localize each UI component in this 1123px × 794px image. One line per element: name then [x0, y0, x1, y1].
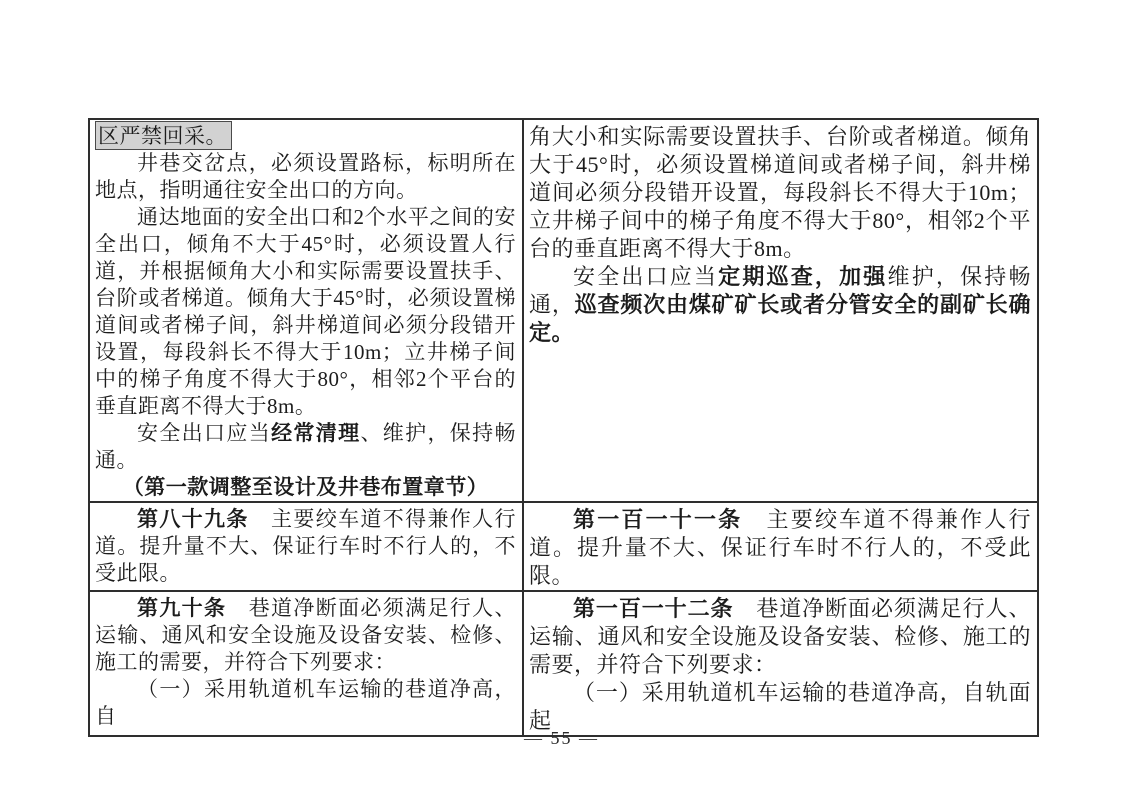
page-number: — 55 — — [0, 728, 1123, 749]
text-run: 安全出口应当 — [573, 264, 718, 289]
table-row: 区严禁回采。井巷交岔点，必须设置路标，标明所在地点，指明通往安全出口的方向。通达… — [89, 119, 1038, 502]
paragraph: 第一百一十一条 主要绞车道不得兼作人行道。提升量不大、保证行车时不行人的，不受此… — [529, 506, 1031, 590]
emphasis-text: 经常清理 — [271, 422, 360, 445]
paragraph: （第一款调整至设计及井巷布置章节） — [95, 474, 516, 501]
paragraph: 区严禁回采。 — [95, 123, 516, 150]
text-run: 通达地面的安全出口和2个水平之间的安全出口，倾角不大于45°时，必须设置人行道，… — [95, 205, 516, 418]
text-run: 井巷交岔点，必须设置路标，标明所在地点，指明通往安全出口的方向。 — [95, 151, 516, 202]
paragraph: 第八十九条 主要绞车道不得兼作人行道。提升量不大、保证行车时不行人的，不受此限。 — [95, 506, 516, 587]
table-cell-r1-c2: 角大小和实际需要设置扶手、台阶或者梯道。倾角大于45°时，必须设置梯道间或者梯子… — [523, 119, 1038, 502]
table-cell-r3-c2: 第一百一十二条 巷道净断面必须满足行人、运输、通风和安全设施及设备安装、检修、施… — [523, 591, 1038, 736]
emphasis-text: （第一款调整至设计及井巷布置章节） — [123, 476, 489, 499]
table-cell-r1-c1: 区严禁回采。井巷交岔点，必须设置路标，标明所在地点，指明通往安全出口的方向。通达… — [89, 119, 523, 502]
text-run: （一）采用轨道机车运输的巷道净高，自轨面起 — [529, 680, 1031, 733]
highlighted-text: 区严禁回采。 — [95, 121, 232, 150]
table-cell-r2-c2: 第一百一十一条 主要绞车道不得兼作人行道。提升量不大、保证行车时不行人的，不受此… — [523, 502, 1038, 591]
text-run: 角大小和实际需要设置扶手、台阶或者梯道。倾角大于45°时，必须设置梯道间或者梯子… — [529, 124, 1031, 261]
emphasis-text: 定期巡查，加强 — [718, 264, 887, 289]
text-run: 安全出口应当 — [137, 421, 271, 445]
table-row: 第九十条 巷道净断面必须满足行人、运输、通风和安全设施及设备安装、检修、施工的需… — [89, 591, 1038, 736]
emphasis-text: 第一百一十二条 — [573, 596, 733, 621]
paragraph: 安全出口应当定期巡查，加强维护，保持畅通，巡查频次由煤矿矿长或者分管安全的副矿长… — [529, 263, 1031, 347]
table-cell-r2-c1: 第八十九条 主要绞车道不得兼作人行道。提升量不大、保证行车时不行人的，不受此限。 — [89, 502, 523, 591]
emphasis-text: 巡查频次由煤矿矿长或者分管安全的副矿长确定。 — [529, 292, 1031, 345]
paragraph: 井巷交岔点，必须设置路标，标明所在地点，指明通往安全出口的方向。 — [95, 150, 516, 204]
paragraph: 通达地面的安全出口和2个水平之间的安全出口，倾角不大于45°时，必须设置人行道，… — [95, 204, 516, 420]
paragraph: 第九十条 巷道净断面必须满足行人、运输、通风和安全设施及设备安装、检修、施工的需… — [95, 595, 516, 676]
paragraph: 角大小和实际需要设置扶手、台阶或者梯道。倾角大于45°时，必须设置梯道间或者梯子… — [529, 123, 1031, 263]
regulation-comparison-table: 区严禁回采。井巷交岔点，必须设置路标，标明所在地点，指明通往安全出口的方向。通达… — [88, 118, 1039, 737]
table-cell-r3-c1: 第九十条 巷道净断面必须满足行人、运输、通风和安全设施及设备安装、检修、施工的需… — [89, 591, 523, 736]
emphasis-text: 第一百一十一条 — [573, 507, 742, 532]
document-page: 区严禁回采。井巷交岔点，必须设置路标，标明所在地点，指明通往安全出口的方向。通达… — [0, 0, 1123, 794]
comparison-table-body: 区严禁回采。井巷交岔点，必须设置路标，标明所在地点，指明通往安全出口的方向。通达… — [89, 119, 1038, 736]
paragraph: （一）采用轨道机车运输的巷道净高，自轨面起 — [529, 679, 1031, 735]
paragraph: 安全出口应当经常清理、维护，保持畅通。 — [95, 420, 516, 474]
text-run: （一）采用轨道机车运输的巷道净高，自 — [95, 677, 516, 728]
paragraph: （一）采用轨道机车运输的巷道净高，自 — [95, 676, 516, 730]
paragraph: 第一百一十二条 巷道净断面必须满足行人、运输、通风和安全设施及设备安装、检修、施… — [529, 595, 1031, 679]
emphasis-text: 第八十九条 — [137, 508, 249, 531]
emphasis-text: 第九十条 — [137, 597, 226, 620]
table-row: 第八十九条 主要绞车道不得兼作人行道。提升量不大、保证行车时不行人的，不受此限。… — [89, 502, 1038, 591]
